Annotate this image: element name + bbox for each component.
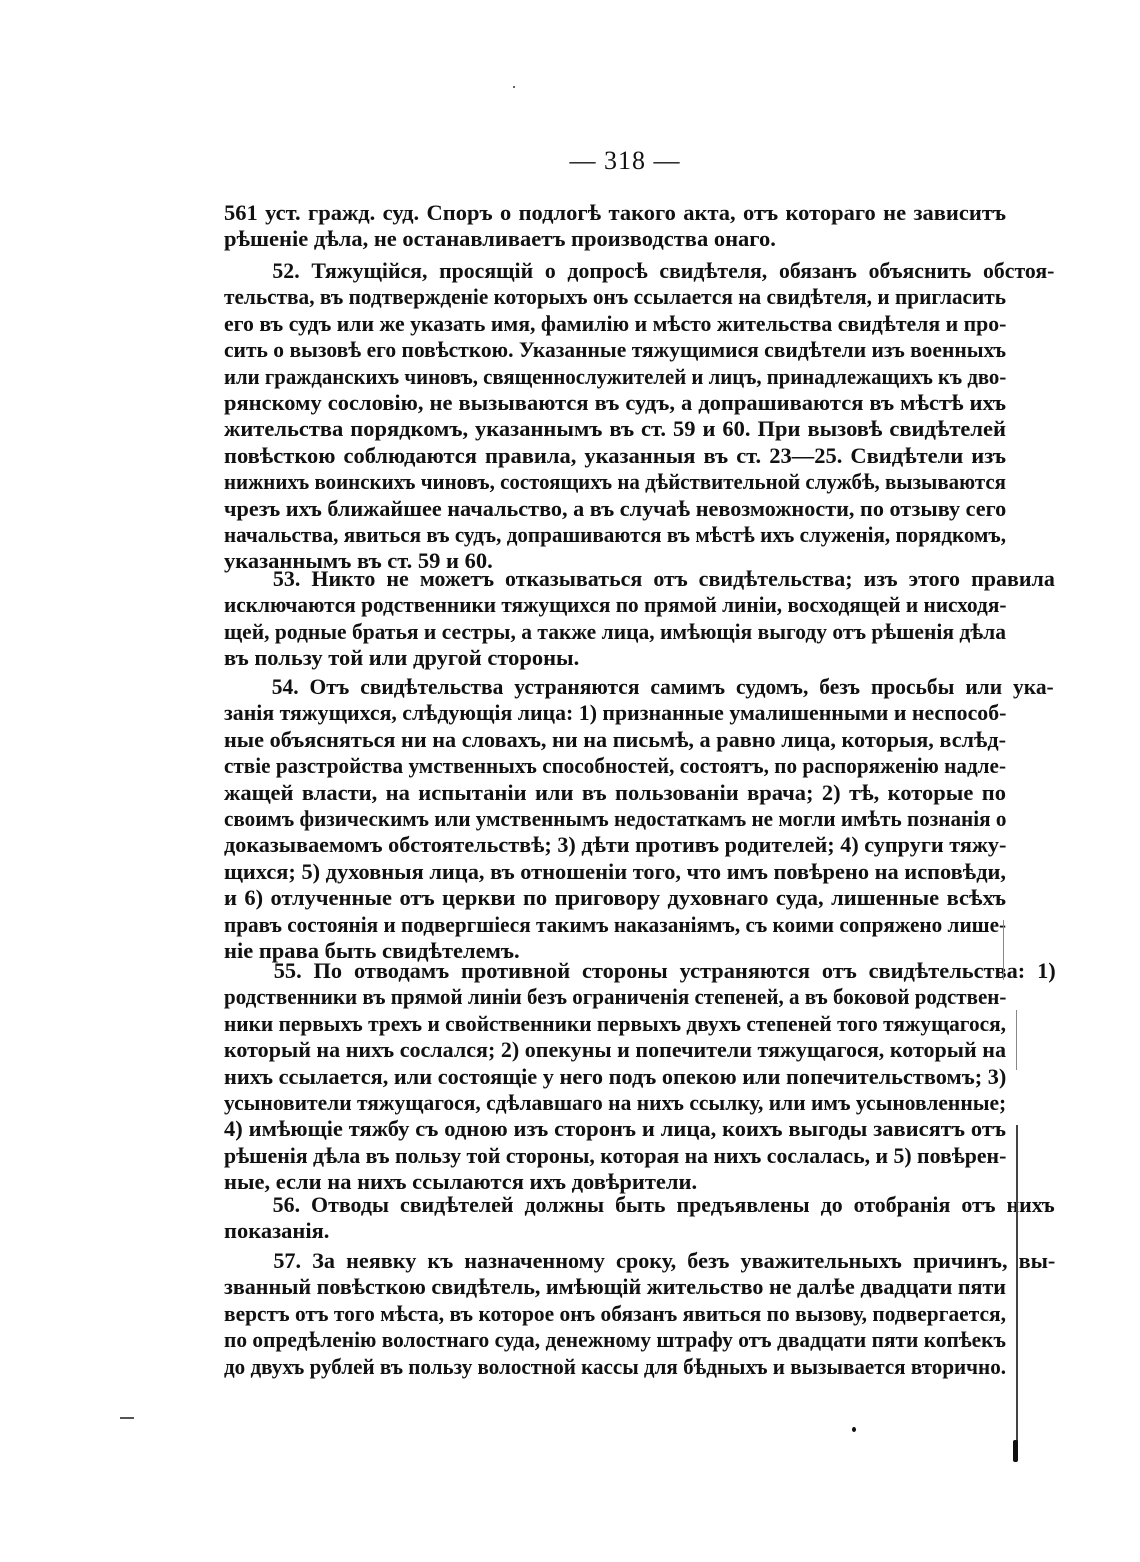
text-line: 52. Тяжущійся, просящій о допросѣ свидѣт… xyxy=(224,258,1054,284)
text-line: тельства, въ подтвержденіе которыхъ онъ … xyxy=(224,284,1006,310)
text-line: 4) имѣющіе тяжбу съ одною изъ сторонъ и … xyxy=(224,1116,1006,1142)
text-line: начальства, явиться въ судъ, допрашивают… xyxy=(224,522,1006,548)
paragraph-art-52: 52. Тяжущійся, просящій о допросѣ свидѣт… xyxy=(224,258,1006,575)
scan-speck xyxy=(852,1427,856,1432)
text-line: званный повѣсткою свидѣтель, имѣющій жит… xyxy=(224,1274,1006,1300)
scan-edge-line xyxy=(1016,1010,1017,1070)
text-line: щихся; 5) духовныя лица, въ отношеніи то… xyxy=(224,859,1006,885)
text-line: усыновители тяжущагося, сдѣлавшаго на ни… xyxy=(224,1090,1006,1116)
text-line: въ пользу той или другой стороны. xyxy=(224,645,1006,671)
text-line: своимъ физическимъ или умственнымъ недос… xyxy=(224,806,1006,832)
text-line: повѣсткою соблюдаются правила, указанныя… xyxy=(224,443,1006,469)
text-line: щей, родные братья и сестры, а также лиц… xyxy=(224,619,1006,645)
text-line: сить о вызовѣ его повѣсткою. Указанные т… xyxy=(224,337,1006,363)
scan-edge-line xyxy=(1016,1125,1018,1455)
scan-edge-line xyxy=(1013,1440,1018,1462)
scan-speck xyxy=(120,1417,134,1419)
text-line: 54. Отъ свидѣтельства устраняются самимъ… xyxy=(224,674,1054,700)
paragraph-continuation: 561 уст. гражд. суд. Споръ о подлогѣ так… xyxy=(224,200,1006,253)
text-line: жительства порядкомъ, указаннымъ въ ст. … xyxy=(224,416,1006,442)
paragraph-art-55: 55. По отводамъ противной стороны устран… xyxy=(224,958,1006,1196)
text-line: ные объясняться ни на словахъ, ни на пис… xyxy=(224,727,1006,753)
paragraph-art-53: 53. Никто не можетъ отказываться отъ сви… xyxy=(224,566,1006,672)
text-line: доказываемомъ обстоятельствѣ; 3) дѣти пр… xyxy=(224,832,1006,858)
document-page: — 318 — 561 уст. гражд. суд. Споръ о под… xyxy=(0,0,1140,1562)
text-line: и 6) отлученные отъ церкви по приговору … xyxy=(224,885,1006,911)
text-line: 561 уст. гражд. суд. Споръ о подлогѣ так… xyxy=(224,200,1006,226)
page-number: — 318 — xyxy=(0,146,1140,176)
text-line: родственники въ прямой линіи безъ ограни… xyxy=(224,984,1006,1010)
text-line: рѣшеніе дѣла, не останавливаетъ производ… xyxy=(224,226,1006,252)
text-line: до двухъ рублей въ пользу волостной касс… xyxy=(224,1354,1006,1380)
text-line: нижнихъ воинскихъ чиновъ, состоящихъ на … xyxy=(224,469,1006,495)
text-line: 55. По отводамъ противной стороны устран… xyxy=(224,958,1056,984)
text-line: или гражданскихъ чиновъ, священнослужите… xyxy=(224,364,1006,390)
scan-speck xyxy=(513,86,515,88)
text-line: нихъ ссылается, или состоящіе у него под… xyxy=(224,1064,1006,1090)
text-line: рянскому сословію, не вызываются въ судъ… xyxy=(224,390,1006,416)
paragraph-art-56: 56. Отводы свидѣтелей должны быть предъя… xyxy=(224,1192,1006,1245)
text-line: правъ состоянія и подвергшіеся такимъ на… xyxy=(224,912,1006,938)
paragraph-art-54: 54. Отъ свидѣтельства устраняются самимъ… xyxy=(224,674,1006,964)
text-line: жащей власти, на испытаніи или въ пользо… xyxy=(224,780,1006,806)
text-line: 53. Никто не можетъ отказываться отъ сви… xyxy=(224,566,1055,592)
text-line: 56. Отводы свидѣтелей должны быть предъя… xyxy=(224,1192,1055,1218)
scan-edge-line xyxy=(1003,920,1004,980)
text-line: рѣшенія дѣла въ пользу той стороны, кото… xyxy=(224,1143,1006,1169)
text-line: его въ судъ или же указать имя, фамилію … xyxy=(224,311,1006,337)
text-line: который на нихъ сослался; 2) опекуны и п… xyxy=(224,1037,1006,1063)
text-line: показанія. xyxy=(224,1218,1006,1244)
text-line: чрезъ ихъ ближайшее начальство, а въ слу… xyxy=(224,496,1006,522)
text-line: по опредѣленію волостнаго суда, денежном… xyxy=(224,1327,1006,1353)
text-line: 57. За неявку къ назначенному сроку, без… xyxy=(224,1248,1055,1274)
paragraph-art-57: 57. За неявку къ назначенному сроку, без… xyxy=(224,1248,1006,1380)
text-line: занія тяжущихся, слѣдующія лица: 1) приз… xyxy=(224,700,1006,726)
text-line: ствіе разстройства умственныхъ способнос… xyxy=(224,753,1006,779)
text-line: верстъ отъ того мѣста, въ которое онъ об… xyxy=(224,1301,1006,1327)
text-line: ники первыхъ трехъ и свойственники первы… xyxy=(224,1011,1006,1037)
text-line: исключаются родственники тяжущихся по пр… xyxy=(224,592,1006,618)
